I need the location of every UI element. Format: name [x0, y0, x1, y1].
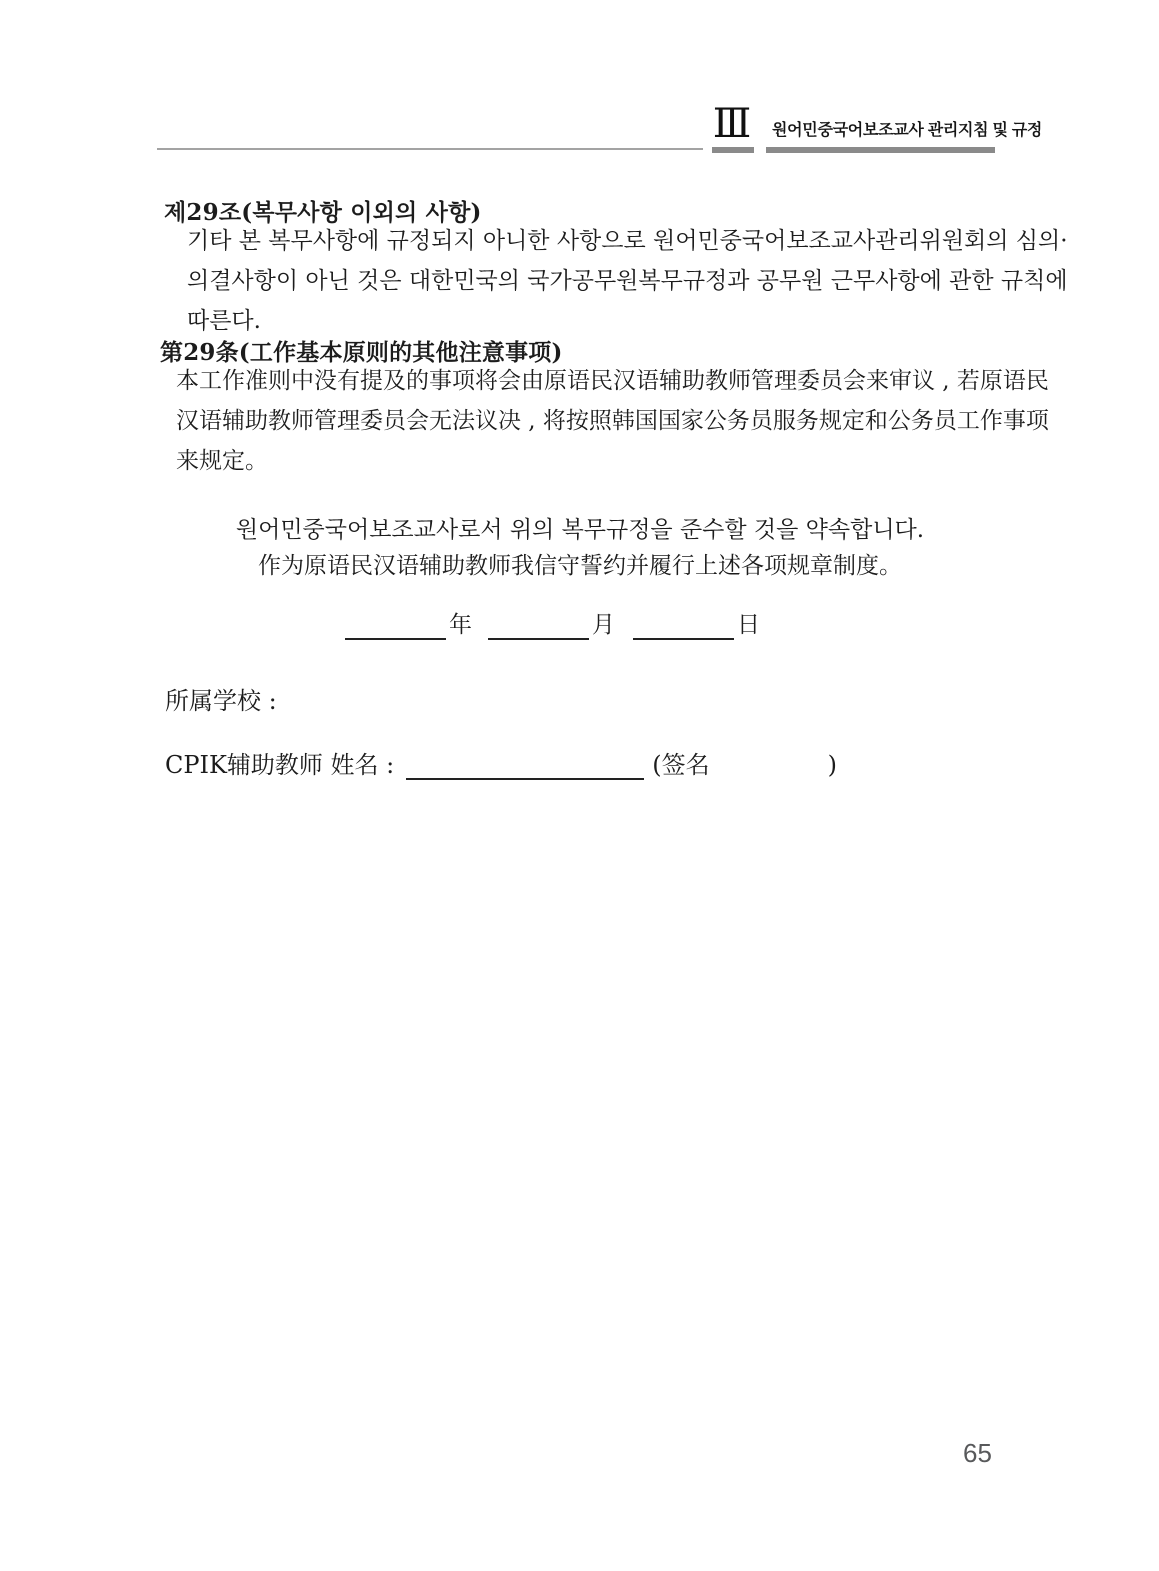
year-blank-line [345, 611, 446, 640]
header-title: 원어민중국어보조교사 관리지침 및 규정 [772, 117, 1042, 140]
section-numeral-underline [712, 147, 754, 153]
page-number: 65 [963, 1438, 992, 1469]
date-fill-in-row: 年 月 日 [345, 610, 760, 640]
text-line: 의결사항이 아닌 것은 대한민국의 국가공무원복무규정과 공무원 근무사항에 관… [187, 261, 1000, 301]
text-line: 来规定。 [176, 441, 1000, 481]
text-line: 기타 본 복무사항에 규정되지 아니한 사항으로 원어민중국어보조교사관리위원회… [187, 221, 1000, 261]
section-numeral: Ⅲ [708, 103, 756, 145]
day-label: 日 [737, 610, 760, 640]
text-line: 本工作准则中没有提及的事项将会由原语民汉语辅助教师管理委员会来审议 , 若原语民 [176, 361, 1000, 401]
signature-close-label: ) [828, 750, 837, 780]
school-label: 所属学校 : [165, 681, 277, 716]
year-label: 年 [449, 610, 472, 640]
header-title-underline [766, 147, 995, 153]
month-blank-line [488, 611, 589, 640]
article-body-ko: 기타 본 복무사항에 규정되지 아니한 사항으로 원어민중국어보조교사관리위원회… [187, 221, 1000, 341]
text-line: 汉语辅助教师管理委员会无法议决 , 将按照韩国国家公务员服务规定和公务员工作事项 [176, 401, 1000, 441]
month-label: 月 [592, 610, 615, 640]
article-body-zh: 本工作准则中没有提及的事项将会由原语民汉语辅助教师管理委员会来审议 , 若原语民… [176, 361, 1000, 481]
pledge-line-zh: 作为原语民汉语辅助教师我信守誓约并履行上述各项规章制度。 [80, 547, 1080, 580]
day-blank-line [633, 611, 734, 640]
header-rule [157, 148, 703, 150]
name-blank-line [406, 751, 644, 780]
signature-row: CPIK辅助教师 姓名 : (签名 ) [165, 750, 837, 780]
signature-open-label: (签名 [652, 750, 709, 780]
document-page: Ⅲ 원어민중국어보조교사 관리지침 및 규정 제29조(복무사항 이외의 사항)… [0, 0, 1159, 1571]
teacher-name-label: CPIK辅助教师 姓名 : [165, 750, 394, 780]
pledge-line-ko: 원어민중국어보조교사로서 위의 복무규정을 준수할 것을 약속합니다. [80, 511, 1080, 544]
